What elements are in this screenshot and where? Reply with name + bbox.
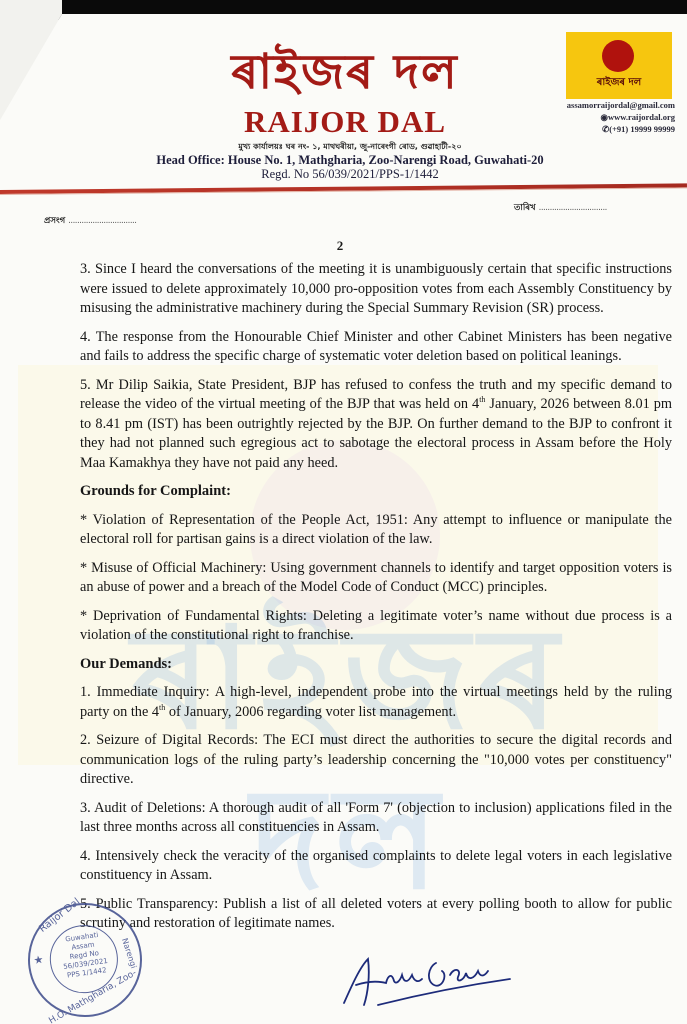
logo-text: ৰাইজৰ দল <box>566 76 672 90</box>
paragraph-4: 4. The response from the Honourable Chie… <box>80 328 672 367</box>
party-name-assamese: ৰাইজৰ দল <box>195 42 495 102</box>
address-assamese: মুখ্য কাৰ্যালয়ঃ ঘৰ নং- ১, মাথঘৰীয়া, জু… <box>150 141 550 153</box>
star-icon: ★ <box>33 953 45 967</box>
date-field: তাৰিখ ............................... <box>514 202 607 214</box>
ground-item: * Misuse of Official Machinery: Using go… <box>80 559 672 598</box>
party-name-english: RAIJOR DAL <box>190 104 500 140</box>
paragraph-3: 3. Since I heard the conversations of th… <box>80 260 672 319</box>
reference-field: প্ৰসংগ ............................... <box>44 215 136 227</box>
contact-website: ◉www.raijordal.org <box>535 112 675 123</box>
contact-email: assamorraijordal@gmail.com <box>535 100 675 111</box>
paragraph-5: 5. Mr Dilip Saikia, State President, BJP… <box>80 376 672 474</box>
head-office-address: Head Office: House No. 1, Mathgharia, Zo… <box>120 153 580 168</box>
registration-number: Regd. No 56/039/2021/PPS-1/1442 <box>150 167 550 182</box>
sun-icon <box>602 40 634 72</box>
grounds-heading: Grounds for Complaint: <box>80 482 672 502</box>
demand-item: 5. Public Transparency: Publish a list o… <box>80 895 672 934</box>
demand-item: 1. Immediate Inquiry: A high-level, inde… <box>80 683 672 722</box>
page-number: 2 <box>330 238 350 254</box>
party-logo: ৰাইজৰ দল <box>566 32 672 99</box>
ground-item: * Deprivation of Fundamental Rights: Del… <box>80 607 672 646</box>
ground-item: * Violation of Representation of the Peo… <box>80 511 672 550</box>
demand-item: 3. Audit of Deletions: A thorough audit … <box>80 799 672 838</box>
globe-icon: ◉ <box>601 112 608 122</box>
letter-body: 3. Since I heard the conversations of th… <box>80 260 672 943</box>
demand-item: 4. Intensively check the veracity of the… <box>80 847 672 886</box>
demands-heading: Our Demands: <box>80 655 672 675</box>
signature <box>338 945 518 1015</box>
demand-item: 2. Seizure of Digital Records: The ECI m… <box>80 731 672 790</box>
contact-phone: ✆(+91) 19999 99999 <box>535 124 675 135</box>
